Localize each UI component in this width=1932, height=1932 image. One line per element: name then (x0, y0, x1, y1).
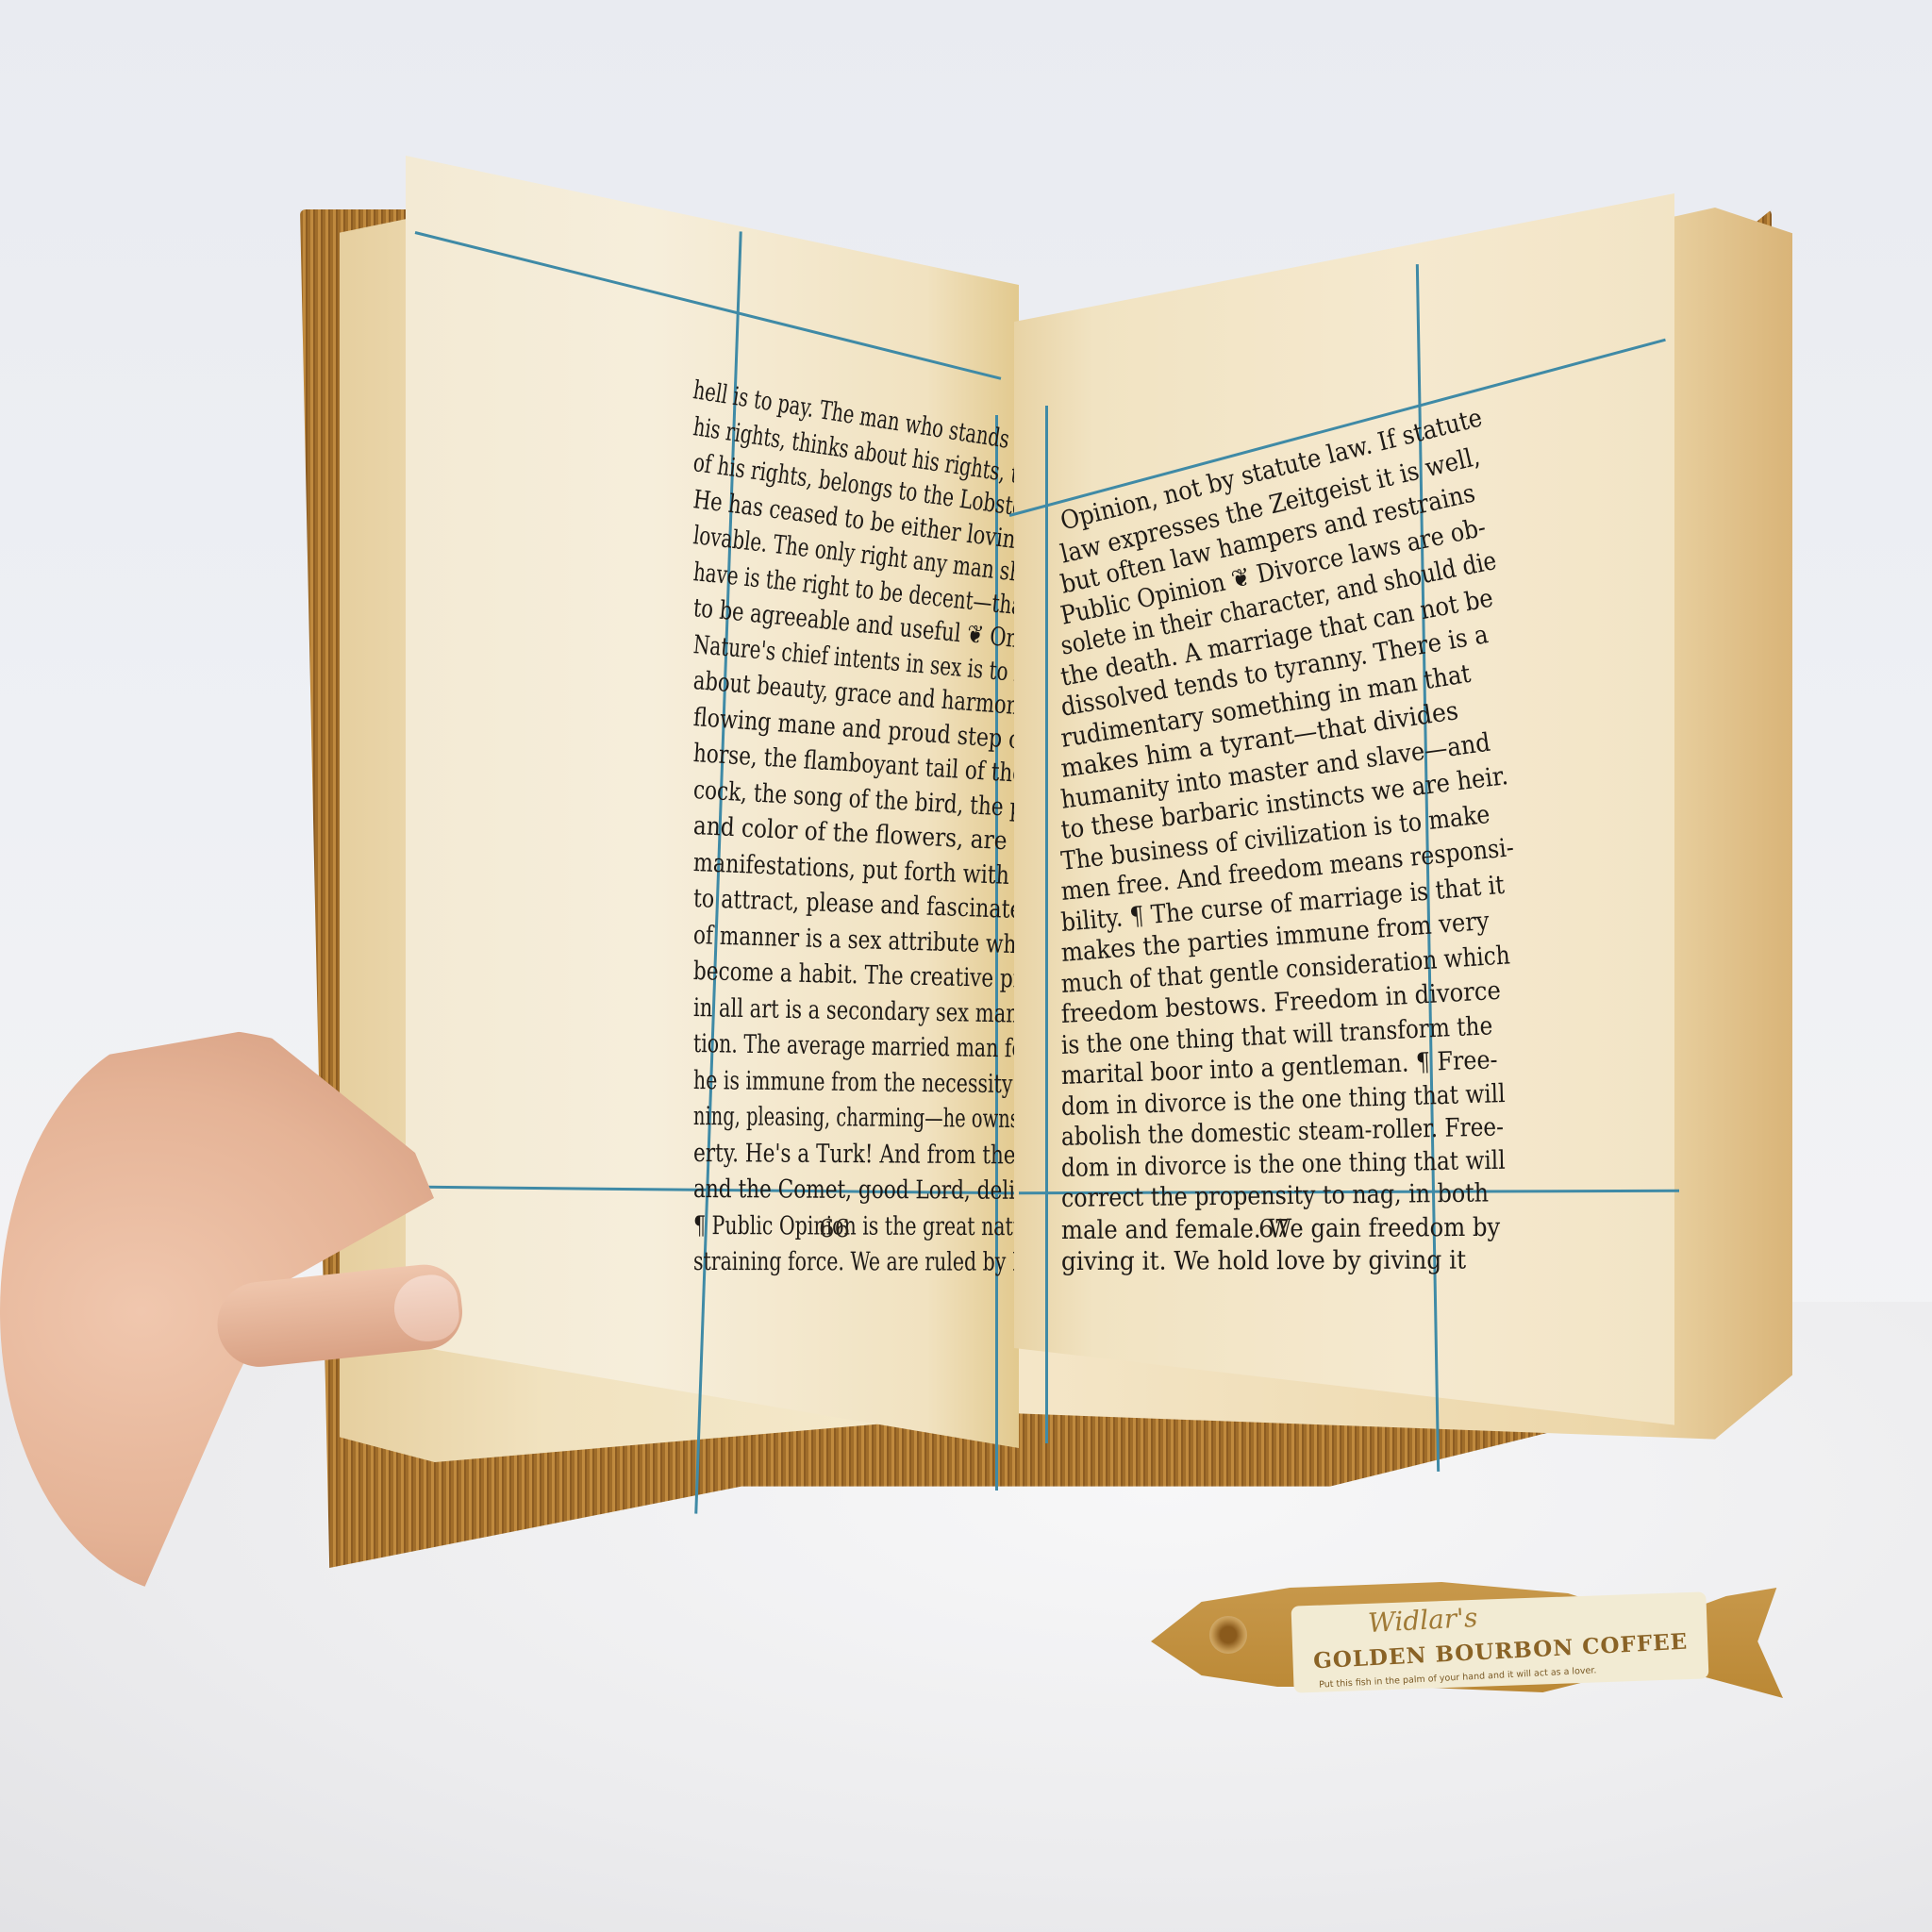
bookmark-brand-script: Widlar's (1367, 1602, 1478, 1639)
right-page-text: Opinion, not by statute law. If statute … (1061, 373, 1467, 1281)
left-page-text: hell is to pay. The man who stands on hi… (693, 373, 1009, 1281)
text-line: become a habit. The creative principle (693, 954, 947, 996)
text-line: in all art is a secondary sex manifesta- (693, 991, 941, 1032)
right-page-number: 67 (1258, 1215, 1290, 1243)
fish-bookmark: Widlar's GOLDEN BOURBON COFFEE Put this … (1151, 1571, 1783, 1712)
photo-scene: hell is to pay. The man who stands on hi… (0, 0, 1932, 1932)
text-line: ning, pleasing, charming—he owns prop- (693, 1099, 922, 1138)
text-line: straining force. We are ruled by Public (693, 1244, 934, 1281)
left-page-number: 66 (819, 1215, 850, 1243)
text-line: giving it. We hold love by giving it (1061, 1243, 1435, 1281)
text-line: erty. He's a Turk! And from the Turk (693, 1136, 946, 1174)
fish-eye-icon (1209, 1616, 1247, 1654)
text-line: ¶ Public Opinion is the great natural re… (693, 1208, 934, 1245)
right-page-rule-vertical-inner (1045, 406, 1048, 1443)
text-line: he is immune from the necessity of win- (693, 1063, 934, 1103)
text-line: tion. The average married man feels that (693, 1026, 934, 1066)
text-line: and the Comet, good Lord, deliver us! (693, 1172, 946, 1209)
